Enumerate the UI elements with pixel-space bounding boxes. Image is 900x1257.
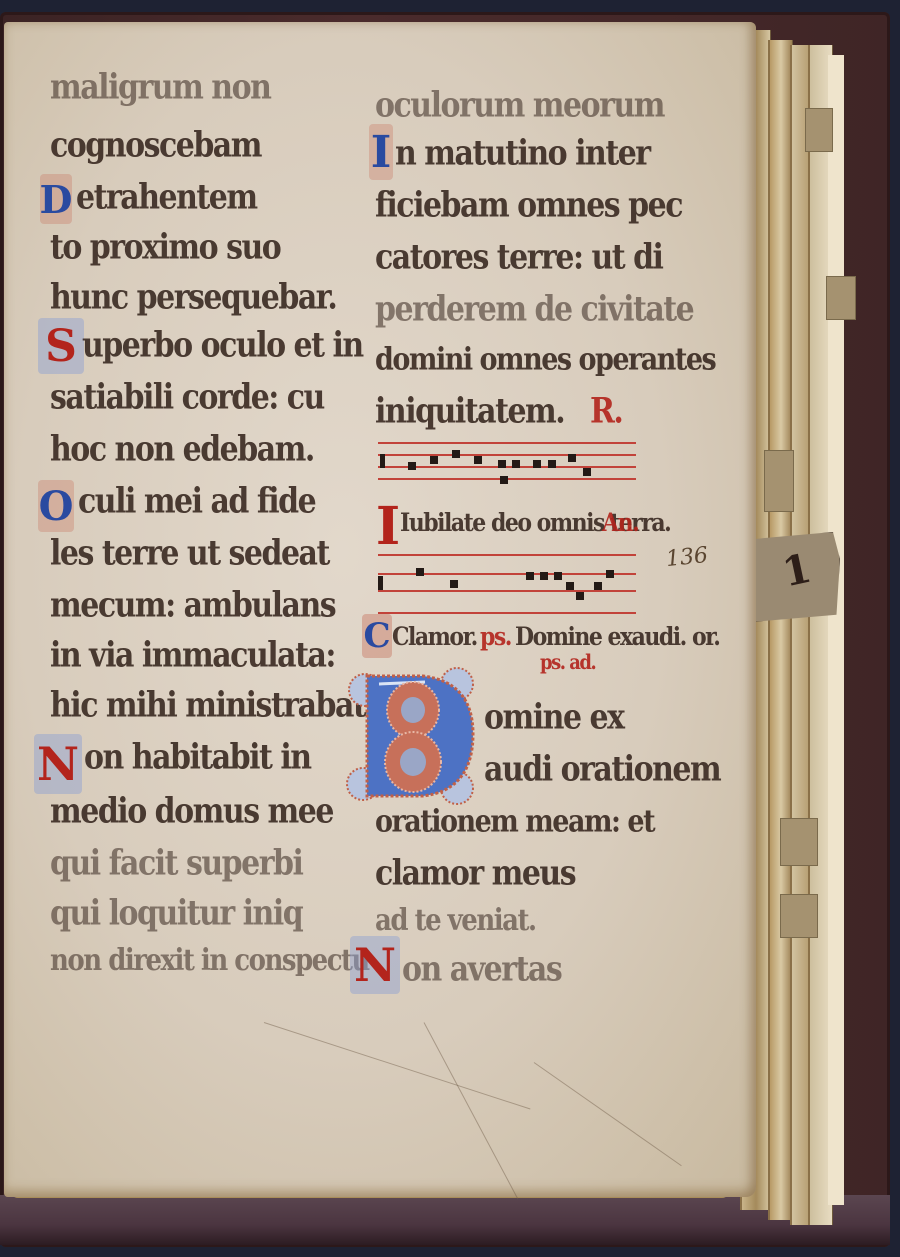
- neume: [568, 454, 576, 462]
- neume: [526, 572, 534, 580]
- neume: [450, 580, 458, 588]
- neume: [566, 582, 574, 590]
- text-line: culi mei ad fide: [78, 481, 315, 521]
- neume: [500, 476, 508, 484]
- neume: [576, 592, 584, 600]
- text-line: orationem meam: et: [375, 804, 654, 840]
- decorated-initial: D: [40, 174, 72, 224]
- decorated-initial: S: [38, 318, 84, 374]
- lyrics-line: Domine exaudi. or.: [515, 622, 719, 652]
- page-tab: [805, 108, 833, 152]
- neume: [430, 456, 438, 464]
- decorated-initial: N: [350, 936, 400, 994]
- parchment-crease: [534, 1062, 682, 1166]
- text-line: cognoscebam: [50, 125, 261, 165]
- text-line: in via immaculata:: [50, 635, 335, 675]
- text-line: satiabili corde: cu: [50, 377, 324, 417]
- neume: [512, 460, 520, 468]
- parchment-crease: [264, 1022, 531, 1109]
- rubric-psalm: ps.: [480, 622, 511, 652]
- neume: [554, 572, 562, 580]
- neume: [548, 460, 556, 468]
- music-staff: [378, 442, 636, 482]
- tab-label-text: 1: [778, 545, 815, 597]
- neume: [606, 570, 614, 578]
- page-tab: [826, 276, 856, 320]
- folio-number: 136: [665, 543, 709, 572]
- illuminated-d-icon: [345, 662, 480, 807]
- text-line: oculorum meorum: [375, 85, 664, 125]
- text-line: to proximo suo: [50, 227, 280, 267]
- neume: [594, 582, 602, 590]
- neume: [498, 460, 506, 468]
- text-line: medio domus mee: [50, 791, 333, 831]
- staff-line: [378, 590, 636, 592]
- staff-line: [378, 454, 636, 456]
- decorated-initial: C: [362, 614, 392, 658]
- text-line: perderem de civitate: [375, 289, 693, 329]
- rubric-antiphon: An.: [602, 508, 638, 538]
- text-line: les terre ut sedeat: [50, 533, 329, 573]
- staff-line: [378, 466, 636, 468]
- text-line: on avertas: [402, 949, 561, 989]
- staff-line: [378, 442, 636, 444]
- text-line: audi orationem: [484, 749, 720, 789]
- decorated-initial: I: [369, 124, 393, 180]
- rubric-psalm: ps. ad.: [540, 650, 595, 674]
- neume: [452, 450, 460, 458]
- parchment-crease: [424, 1022, 519, 1199]
- text-line: hoc non edebam.: [50, 429, 314, 469]
- red-initial: I: [378, 498, 398, 554]
- text-line: catores terre: ut di: [375, 237, 662, 277]
- text-line: mecum: ambulans: [50, 585, 335, 625]
- text-line: maligrum non: [50, 67, 270, 107]
- neume: [416, 568, 424, 576]
- text-line: iniquitatem.: [375, 391, 564, 431]
- decorated-initial: O: [38, 480, 74, 532]
- clef-icon: [380, 454, 385, 468]
- lyrics-line: Clamor.: [392, 622, 477, 652]
- neume: [583, 468, 591, 476]
- clef-icon: [378, 576, 383, 590]
- neume: [540, 572, 548, 580]
- staff-line: [378, 554, 636, 556]
- neume: [533, 460, 541, 468]
- neume: [474, 456, 482, 464]
- text-line: etrahentem: [76, 177, 257, 217]
- page-tab: [764, 450, 794, 512]
- text-line: ficiebam omnes pec: [375, 185, 682, 225]
- numbered-page-tab: 1: [752, 532, 840, 622]
- text-line: uperbo oculo et in: [82, 325, 363, 365]
- text-line: omine ex: [484, 697, 623, 737]
- music-staff: [378, 554, 636, 616]
- text-line: hic mihi ministrabat.: [50, 685, 374, 725]
- rubric-response: R.: [590, 391, 622, 431]
- text-line: non direxit in conspectu: [50, 944, 369, 979]
- text-line: ad te veniat.: [375, 904, 536, 939]
- page-tab: [780, 894, 818, 938]
- neume: [408, 462, 416, 470]
- text-line: hunc persequebar.: [50, 277, 336, 317]
- text-line: domini omnes operantes: [375, 342, 715, 378]
- text-line: qui loquitur iniq: [50, 893, 302, 933]
- leaf-edge: [828, 55, 844, 1205]
- decorated-initial: N: [34, 734, 82, 794]
- text-line: n matutino inter: [395, 133, 650, 173]
- illuminated-initial: [345, 662, 480, 807]
- text-line: qui facit superbi: [50, 843, 302, 883]
- text-line: on habitabit in: [84, 737, 311, 777]
- page-tab: [780, 818, 818, 866]
- text-line: clamor meus: [375, 853, 575, 893]
- staff-line: [378, 612, 636, 614]
